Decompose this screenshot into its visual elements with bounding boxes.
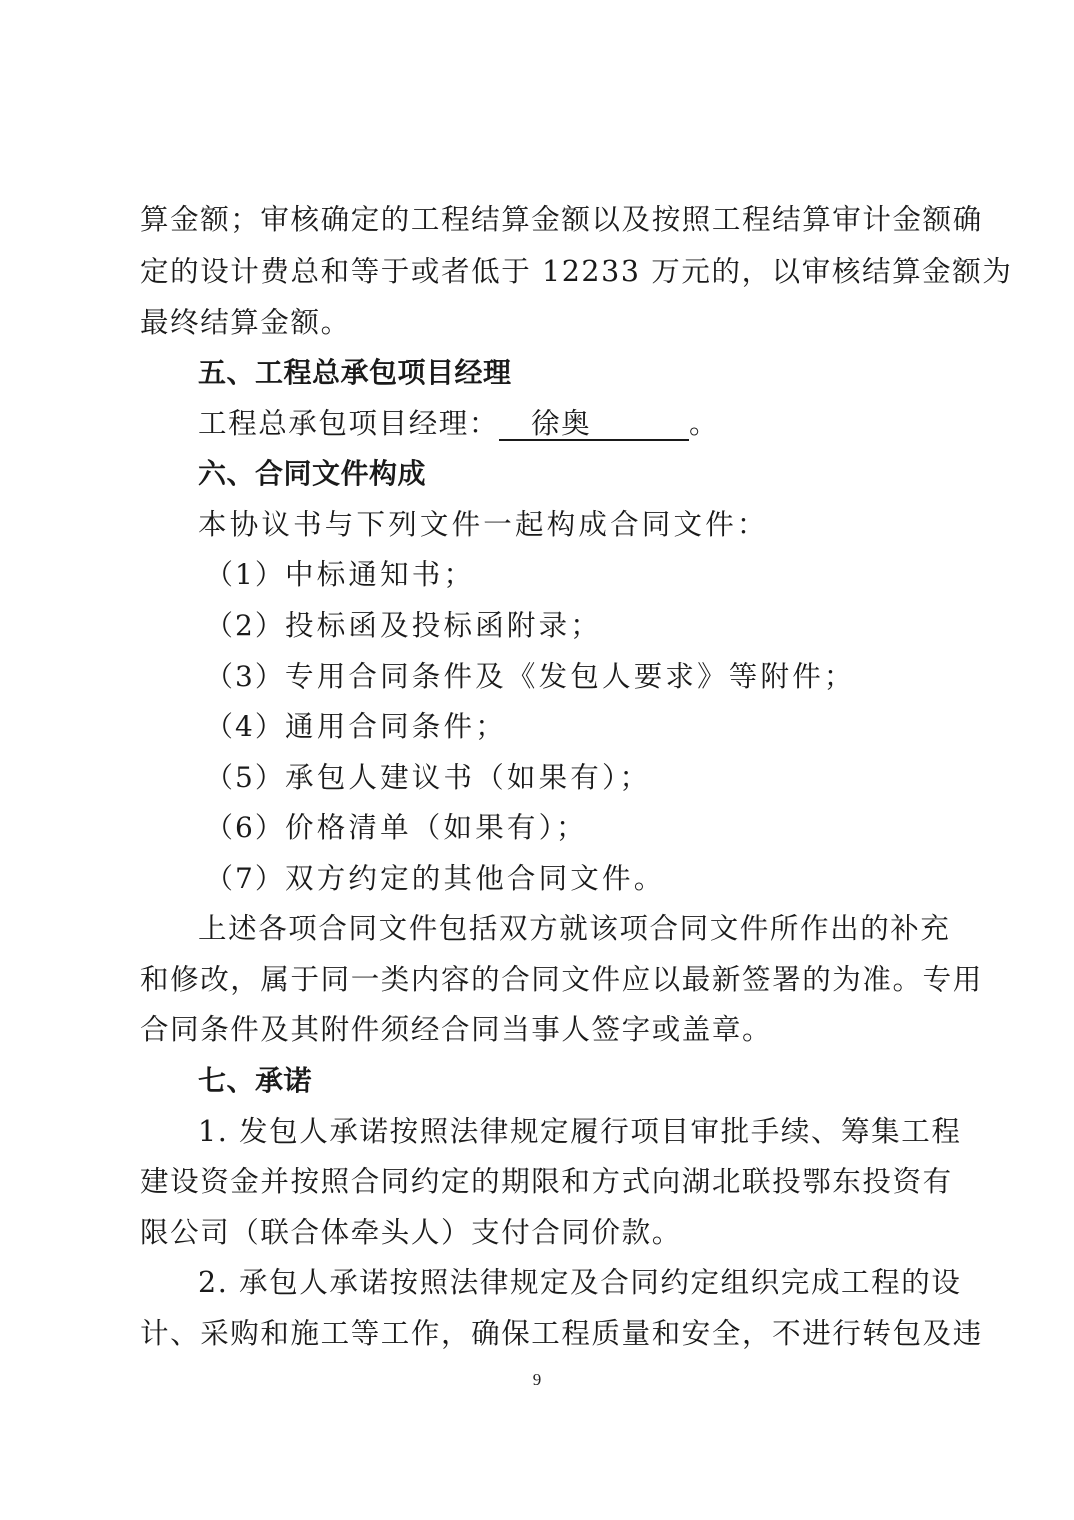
list-item-number: （7） xyxy=(205,861,285,897)
paragraph-line: 和修改，属于同一类内容的合同文件应以最新签署的为准。专用 xyxy=(140,962,940,998)
section-heading-6: 六、合同文件构成 xyxy=(198,456,998,492)
document-page: 算金额；审核确定的工程结算金额以及按照工程结算审计金额确 定的设计费总和等于或者… xyxy=(0,0,1074,1520)
section-heading-5: 五、工程总承包项目经理 xyxy=(198,355,998,391)
list-item-number: （6） xyxy=(205,810,285,846)
page-number: 9 xyxy=(0,1370,1074,1390)
list-item: 专用合同条件及《发包人要求》等附件； xyxy=(285,659,856,695)
paragraph-line: 上述各项合同文件包括双方就该项合同文件所作出的补充 xyxy=(198,911,940,947)
list-item-number: （5） xyxy=(205,760,285,796)
project-manager-label: 工程总承包项目经理： xyxy=(198,407,499,440)
paragraph-line: 1. 发包人承诺按照法律规定履行项目审批手续、筹集工程 xyxy=(198,1114,940,1150)
paragraph-line: 最终结算金额。 xyxy=(140,305,940,341)
paragraph-line: 定的设计费总和等于或者低于 12233 万元的，以审核结算金额为 xyxy=(140,254,940,290)
paragraph-line: 合同条件及其附件须经合同当事人签字或盖章。 xyxy=(140,1012,940,1048)
paragraph-line: 2. 承包人承诺按照法律规定及合同约定组织完成工程的设 xyxy=(198,1265,940,1301)
list-item: 双方约定的其他合同文件。 xyxy=(285,861,665,897)
project-manager-line: 工程总承包项目经理：徐奥。 xyxy=(198,406,940,442)
paragraph-line: 建设资金并按照合同约定的期限和方式向湖北联投鄂东投资有 xyxy=(140,1164,940,1200)
list-item-number: （1） xyxy=(205,557,285,593)
list-item-number: （2） xyxy=(205,608,285,644)
paragraph-line: 计、采购和施工等工作，确保工程质量和安全，不进行转包及违 xyxy=(140,1316,940,1352)
list-item-number: （3） xyxy=(205,659,285,695)
list-item-number: （4） xyxy=(205,709,285,745)
end-mark: 。 xyxy=(689,407,719,440)
list-item: 通用合同条件； xyxy=(285,709,507,745)
paragraph-line: 算金额；审核确定的工程结算金额以及按照工程结算审计金额确 xyxy=(140,202,940,238)
list-item: 承包人建议书（如果有）； xyxy=(285,760,651,796)
list-item: 中标通知书； xyxy=(285,557,475,593)
section-heading-7: 七、承诺 xyxy=(198,1063,998,1099)
section6-intro: 本协议书与下列文件一起构成合同文件： xyxy=(198,507,940,543)
paragraph-line: 限公司（联合体牵头人）支付合同价款。 xyxy=(140,1215,940,1251)
project-manager-name: 徐奥 xyxy=(499,409,689,441)
list-item: 投标函及投标函附录； xyxy=(285,608,602,644)
list-item: 价格清单（如果有）； xyxy=(285,810,588,846)
